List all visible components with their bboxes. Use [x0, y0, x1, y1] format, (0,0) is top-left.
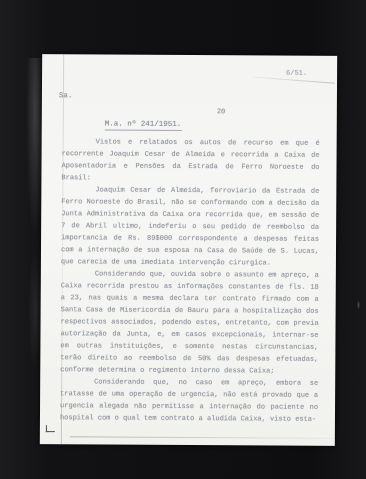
- microfilm-frame: 6/51. Sa. 20 M.a. nº 241/1951. Vistos e …: [0, 0, 366, 479]
- handwritten-annotation: 6/51.: [286, 70, 307, 78]
- film-speck: [357, 300, 360, 310]
- paragraph-relato: Joaquim Cesar de Almeida, ferroviario da…: [61, 184, 320, 270]
- page-fold-line: [70, 436, 332, 439]
- margin-note: Sa.: [59, 92, 73, 100]
- paragraph-considerando-1: Considerando que, ouvida sobre o assunto…: [60, 268, 319, 378]
- paragraph-considerando-2: Considerando que, no caso em apreço, emb…: [60, 376, 318, 426]
- corner-registration-mark: [46, 425, 55, 432]
- paragraph-vistos: Vistos e relatados os autos de recurso e…: [61, 136, 319, 186]
- page-number: 20: [217, 108, 225, 116]
- document-page: 6/51. Sa. 20 M.a. nº 241/1951. Vistos e …: [40, 54, 337, 446]
- document-body: Vistos e relatados os autos de recurso e…: [60, 136, 320, 426]
- docket-number: M.a. nº 241/1951.: [105, 120, 182, 130]
